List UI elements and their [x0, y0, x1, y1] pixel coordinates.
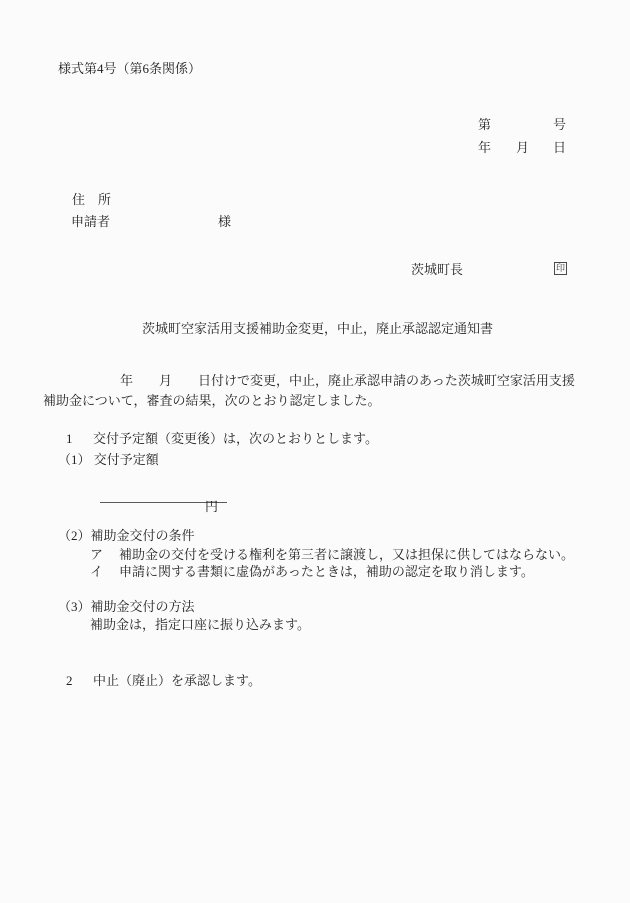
section1-sub1-label: （1） 交付予定額 — [58, 453, 159, 467]
condition-item-i-text: 申請に関する書類に虚偽があったときは，補助の認定を取り消します。 — [119, 565, 534, 579]
section2-number: 2 — [66, 674, 73, 688]
section1-sub2-label: （2）補助金交付の条件 — [58, 529, 195, 543]
document-title: 茨城町空家活用支援補助金変更，中止，廃止承認認定通知書 — [142, 322, 493, 336]
condition-item-a-text: 補助金の交付を受ける権利を第三者に譲渡し，又は担保に供してはならない。 — [119, 548, 574, 562]
issuer-title: 茨城町長 — [411, 263, 463, 277]
condition-item-i-marker: イ — [90, 565, 103, 579]
applicant-label: 申請者 — [71, 215, 110, 229]
address-label: 住 所 — [72, 193, 111, 207]
form-number: 様式第4号（第6条関係） — [58, 62, 201, 76]
section1-number: 1 — [66, 432, 73, 446]
amount-blank-underline: 円 — [100, 486, 227, 503]
condition-item-a-marker: ア — [90, 548, 103, 562]
section1-heading: 交付予定額（変更後）は，次のとおりとします。 — [93, 432, 378, 446]
intro-paragraph-line2: 補助金について，審査の結果，次のとおり認定しました。 — [43, 394, 380, 408]
notice-document-page: 様式第4号（第6条関係） 第 号 年 月 日 住 所 申請者 様 茨城町長 印 … — [0, 0, 630, 903]
doc-number-prefix: 第 — [478, 118, 491, 132]
section1-sub3-text: 補助金は，指定口座に振り込みます。 — [90, 618, 310, 632]
date-year-label: 年 — [478, 141, 491, 155]
date-day-label: 日 — [553, 141, 566, 155]
doc-number-suffix: 号 — [553, 118, 566, 132]
seal-placeholder-icon: 印 — [554, 262, 567, 275]
amount-unit-label: 円 — [205, 499, 218, 514]
section2-heading: 中止（廃止）を承認します。 — [93, 674, 261, 688]
condition-item-i: イ 申請に関する書類に虚偽があったときは，補助の認定を取り消します。 — [90, 565, 534, 579]
section1-sub3-label: （3）補助金交付の方法 — [58, 600, 195, 614]
condition-item-a: ア 補助金の交付を受ける権利を第三者に譲渡し，又は担保に供してはならない。 — [90, 548, 574, 562]
seal-label: 印 — [556, 263, 565, 274]
date-month-label: 月 — [516, 141, 529, 155]
intro-paragraph-line1: 年 月 日付けで変更，中止，廃止承認申請のあった茨城町空家活用支援 — [120, 374, 575, 388]
applicant-honorific: 様 — [218, 215, 231, 229]
